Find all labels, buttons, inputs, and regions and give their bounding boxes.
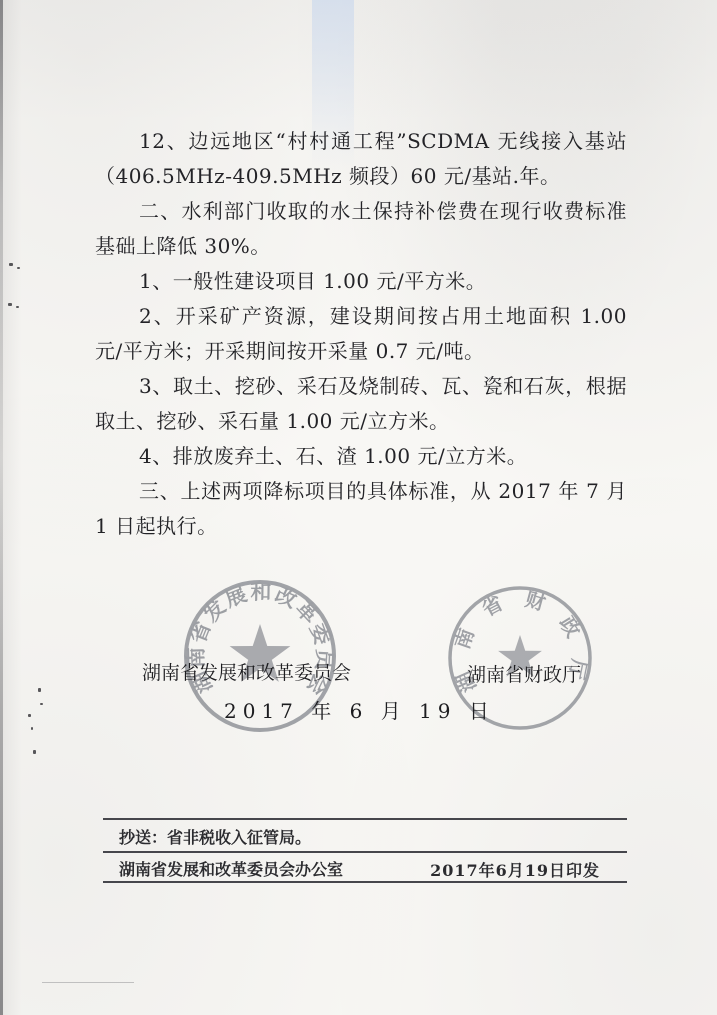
footer-rule [103, 818, 627, 820]
scan-speck [33, 750, 36, 754]
document-body: 12、边远地区“村村通工程”SCDMA 无线接入基站（406.5MHz-409.… [95, 124, 627, 544]
body-paragraph: 4、排放废弃土、石、渣 1.00 元/立方米。 [95, 439, 627, 474]
footer-cc-line: 抄送：省非税收入征管局。 [119, 825, 311, 848]
paper-crease [42, 982, 134, 983]
scan-speck [31, 727, 33, 730]
document-footer: 抄送：省非税收入征管局。 湖南省发展和改革委员会办公室 2017年6月19日印发 [103, 818, 627, 888]
scan-speck [8, 303, 12, 306]
body-paragraph: 二、水利部门收取的水土保持补偿费在现行收费标准基础上降低 30%。 [95, 194, 627, 264]
scan-speck [9, 263, 13, 266]
body-paragraph: 三、上述两项降标项目的具体标准，从 2017 年 7 月 1 日起执行。 [95, 474, 627, 544]
scan-speck [38, 688, 41, 692]
body-paragraph: 2、开采矿产资源，建设期间按占用土地面积 1.00 元/平方米；开采期间按开采量… [95, 299, 627, 369]
signature-agency-finance: 湖南省财政厅 [467, 660, 581, 687]
scan-speck [17, 267, 20, 269]
footer-issuing-office: 湖南省发展和改革委员会办公室 [119, 857, 343, 880]
scan-speck [28, 714, 31, 717]
scan-speck [40, 703, 43, 705]
body-paragraph: 1、一般性建设项目 1.00 元/平方米。 [95, 264, 627, 299]
scan-speck [16, 306, 19, 308]
paper-edge-line [0, 0, 3, 1015]
body-paragraph: 3、取土、挖砂、采石及烧制砖、瓦、瓷和石灰，根据取土、挖砂、采石量 1.00 元… [95, 369, 627, 439]
footer-rule [103, 881, 627, 883]
body-paragraph: 12、边远地区“村村通工程”SCDMA 无线接入基站（406.5MHz-409.… [95, 124, 627, 194]
scanned-document-page: 12、边远地区“村村通工程”SCDMA 无线接入基站（406.5MHz-409.… [0, 0, 717, 1015]
footer-rule [103, 851, 627, 853]
signature-agency-drc: 湖南省发展和改革委员会 [142, 658, 351, 685]
footer-print-date: 2017年6月19日印发 [430, 858, 600, 881]
signature-date: 2017 年 6 月 19 日 [224, 695, 495, 724]
